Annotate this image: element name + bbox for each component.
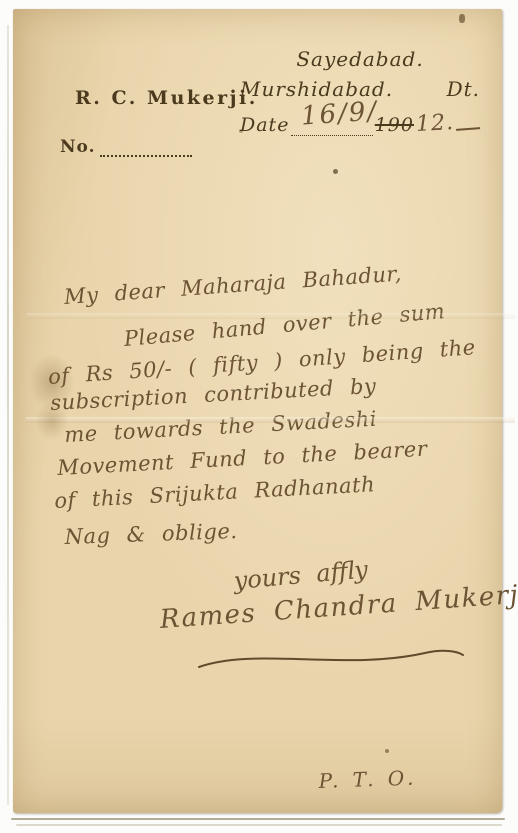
date-dotted-rule: 16/9/ [291,121,372,136]
district-abbrev: Dt. [447,77,480,101]
letterhead-place: Sayedabad. [240,47,480,71]
underpage-edge-shadow [11,818,505,820]
pto-note: P. T. O. [318,766,418,793]
letterhead-no-line: No. [60,137,192,157]
page-edge-line [7,25,9,805]
signature: Rames Chandra Mukerji [159,579,518,635]
letter-scan: R. C. Mukerji. No. Sayedabad. Murshidaba… [0,0,518,833]
date-flourish-stroke [456,124,480,131]
salutation: My dear Maharaja Bahadur, [63,261,402,309]
handwritten-year: 12. [415,110,454,137]
no-label: No. [60,137,96,157]
signature-flourish [195,645,467,677]
valediction: yours affly [233,555,369,595]
ink-speck [385,749,389,753]
letterhead-sender-name: R. C. Mukerji. [75,87,258,109]
ink-speck [459,14,465,23]
date-line: Date 16/9/ 190 12. [240,111,480,136]
letterhead-right-block: Sayedabad. Murshidabad. Dt. Date 16/9/ 1… [240,47,480,136]
body-line: Nag & oblige. [64,519,238,549]
ink-speck [333,169,338,174]
date-label: Date [240,114,289,136]
printed-year-struck: 190 [375,114,414,136]
handwritten-day-month: 16/9/ [301,96,380,131]
body-line: of this Srijukta Radhanath [54,472,376,513]
letter-paper: R. C. Mukerji. No. Sayedabad. Murshidaba… [13,9,502,813]
underpage-edge-shadow [16,824,502,826]
no-dotted-rule [100,141,192,157]
